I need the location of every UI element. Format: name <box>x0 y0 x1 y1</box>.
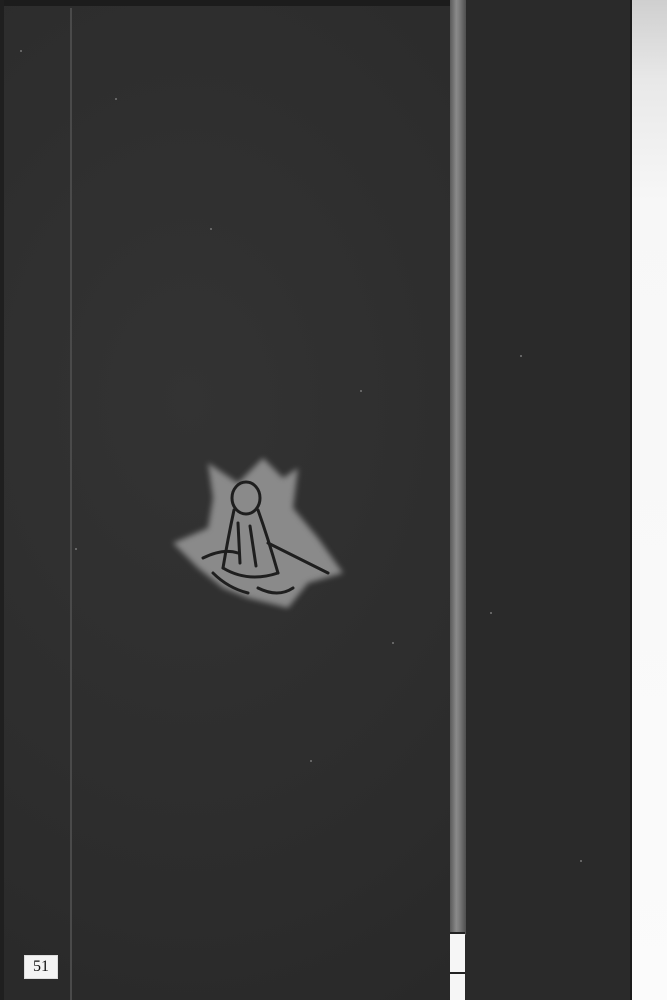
speck <box>210 228 212 230</box>
speck <box>360 390 362 392</box>
speck <box>490 612 492 614</box>
speck <box>20 50 22 52</box>
speck <box>115 98 117 100</box>
speck <box>580 860 582 862</box>
spine-tab-divider <box>450 972 465 974</box>
back-cover-panel <box>466 0 630 1000</box>
page-edge <box>630 0 667 1000</box>
speck <box>310 760 312 762</box>
cover-left-edge <box>0 0 4 1000</box>
page-number: 51 <box>24 955 58 979</box>
speck <box>392 642 394 644</box>
cover-hinge-line <box>70 8 72 1000</box>
book-spine <box>450 0 466 935</box>
seated-figure-emblem-icon <box>168 448 348 613</box>
spine-label-tab <box>450 932 465 1000</box>
speck <box>75 548 77 550</box>
speck <box>520 355 522 357</box>
